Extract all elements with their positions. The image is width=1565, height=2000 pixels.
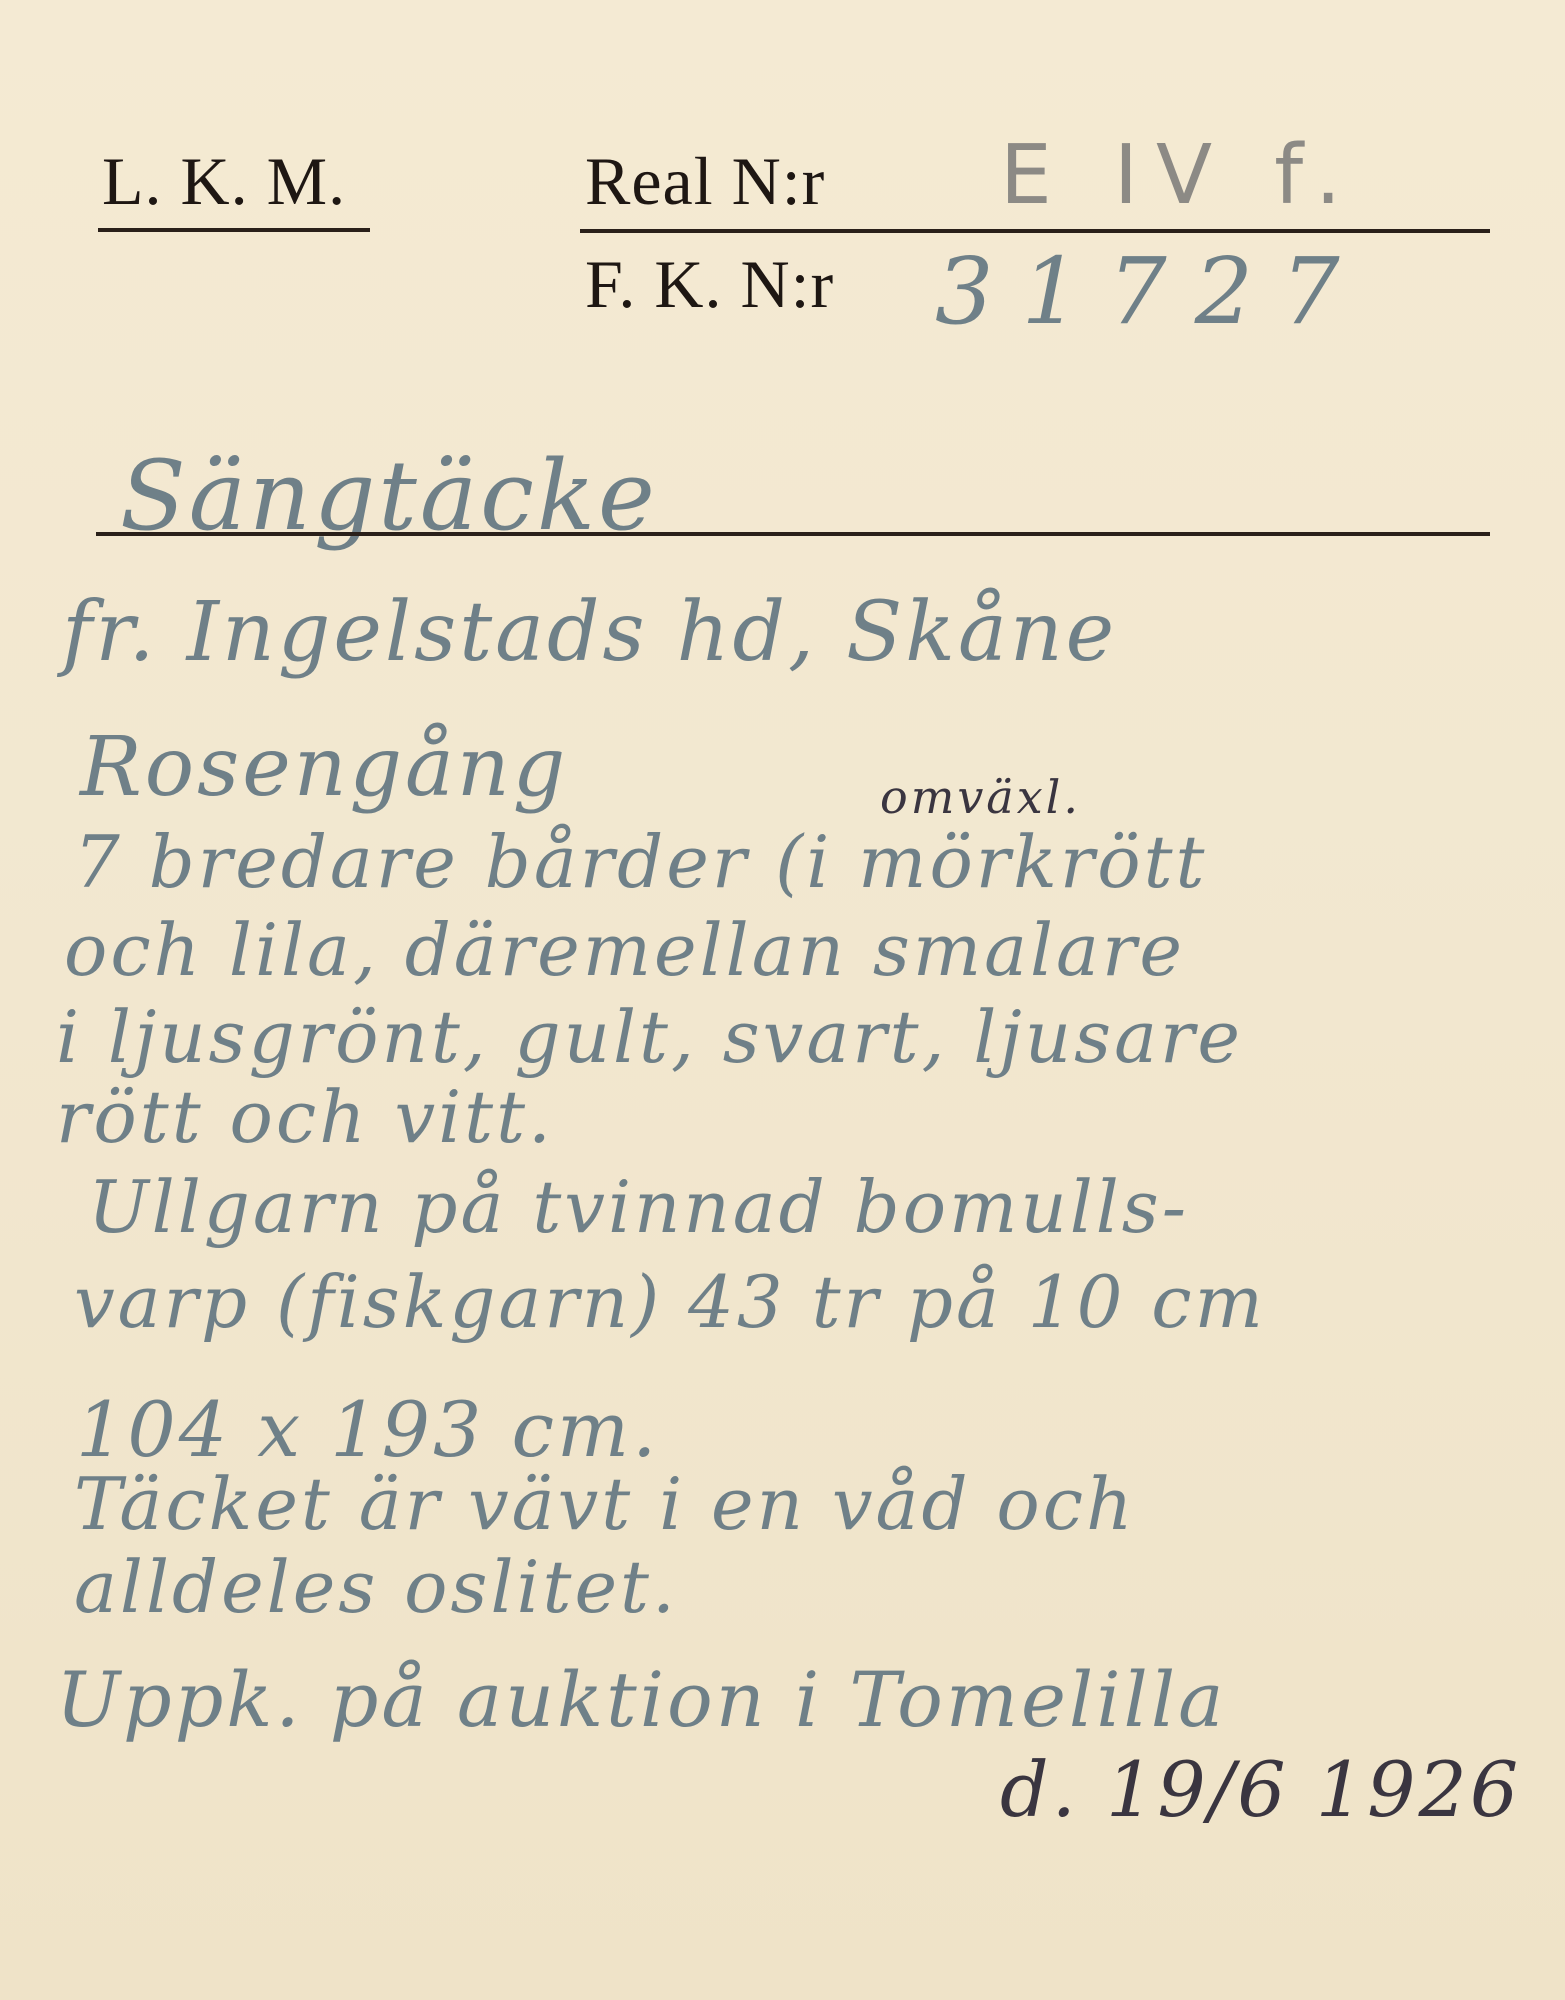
description-line-2: och lila, däremellan smalare: [64, 908, 1185, 992]
fk-nr-value: 31727: [935, 238, 1368, 345]
description-line-4: rött och vitt.: [56, 1075, 554, 1159]
museum-underline: [98, 228, 370, 232]
real-nr-value: E IV f.: [1000, 128, 1359, 223]
provenance-line: fr. Ingelstads hd, Skåne: [62, 585, 1117, 680]
material-line-2: varp (fiskgarn) 43 tr på 10 cm: [74, 1260, 1266, 1344]
acquisition-line: Uppk. på auktion i Tomelilla: [56, 1655, 1226, 1744]
condition-line-2: alldeles oslitet.: [74, 1545, 678, 1629]
catalog-card: L. K. M. Real N:r E IV f. F. K. N:r 3172…: [0, 0, 1565, 2000]
title-rule: [96, 532, 1490, 536]
museum-abbreviation: L. K. M.: [102, 142, 346, 221]
pattern-name: Rosengång: [80, 720, 568, 815]
condition-line-1: Täcket är vävt i en våd och: [74, 1462, 1135, 1546]
description-line-1: 7 bredare bårder (i mörkrött: [74, 820, 1207, 904]
description-line-3: i ljusgrönt, gult, svart, ljusare: [56, 995, 1243, 1079]
real-nr-rule: [580, 229, 1490, 233]
real-nr-label: Real N:r: [585, 142, 825, 221]
material-line-1: Ullgarn på tvinnad bomulls-: [88, 1165, 1189, 1249]
insertion-note: omväxl.: [880, 770, 1081, 824]
fk-nr-label: F. K. N:r: [585, 245, 834, 324]
acquisition-date: d. 19/6 1926: [1000, 1745, 1521, 1834]
dimensions: 104 x 193 cm.: [76, 1385, 659, 1474]
